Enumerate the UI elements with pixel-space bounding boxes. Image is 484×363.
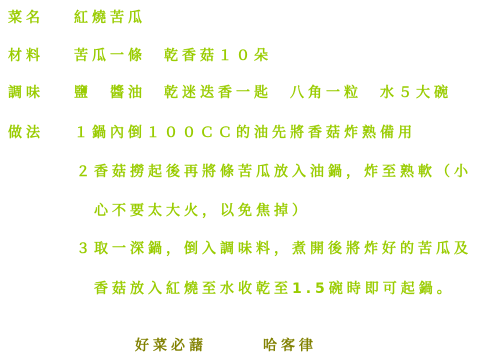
- dish-name-value: 紅燒苦瓜: [74, 10, 146, 26]
- method-step2-line2: 心不要太大火，以免焦掉）: [94, 203, 310, 219]
- method-row-step3-line2: 香菇放入紅燒至水收乾至1.5碗時即可起鍋。: [0, 281, 484, 297]
- dish-name-label: 菜名: [8, 10, 44, 26]
- method-row-step2-line2: 心不要太大火，以免焦掉）: [0, 203, 484, 219]
- dish-name-row: 菜名 紅燒苦瓜: [0, 10, 484, 26]
- seasoning-row: 調味 鹽 醬油 乾迷迭香一匙 八角一粒 水５大碗: [0, 85, 484, 101]
- ingredients-row: 材料 苦瓜一條 乾香菇１０朵: [0, 48, 484, 64]
- method-step3-line2: 香菇放入紅燒至水收乾至1.5碗時即可起鍋。: [94, 281, 455, 297]
- footer-slogan: 好菜必藷: [135, 338, 207, 354]
- method-row-step2-line1: ２香菇撈起後再將條苦瓜放入油鍋，炸至熟軟（小: [0, 164, 484, 180]
- recipe-page: 菜名 紅燒苦瓜 材料 苦瓜一條 乾香菇１０朵 調味 鹽 醬油 乾迷迭香一匙 八角…: [0, 0, 484, 363]
- method-step2-line1: ２香菇撈起後再將條苦瓜放入油鍋，炸至熟軟（小: [76, 164, 472, 180]
- footer-brand: 哈客律: [263, 338, 317, 354]
- seasoning-value: 鹽 醬油 乾迷迭香一匙 八角一粒 水５大碗: [74, 85, 452, 101]
- seasoning-label: 調味: [8, 85, 44, 101]
- method-step1: １鍋內倒１００ＣＣ的油先將香菇炸熟備用: [74, 125, 416, 141]
- ingredients-value: 苦瓜一條 乾香菇１０朵: [74, 48, 272, 64]
- method-row-step1: 做法 １鍋內倒１００ＣＣ的油先將香菇炸熟備用: [0, 125, 484, 141]
- ingredients-label: 材料: [8, 48, 44, 64]
- method-step3-line1: ３取一深鍋，倒入調味料，煮開後將炸好的苦瓜及: [76, 241, 472, 257]
- method-row-step3-line1: ３取一深鍋，倒入調味料，煮開後將炸好的苦瓜及: [0, 241, 484, 257]
- footer-row: 好菜必藷 哈客律: [0, 338, 484, 354]
- method-label: 做法: [8, 125, 44, 141]
